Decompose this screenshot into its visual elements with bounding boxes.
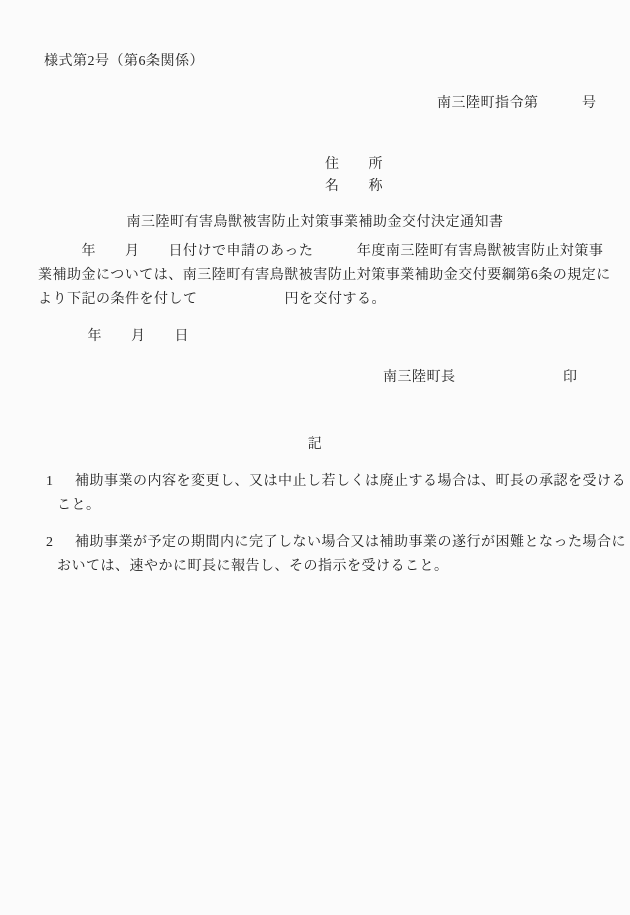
seal-placeholder: 印 — [563, 370, 578, 386]
form-number-label: 様式第2号（第6条関係） — [44, 54, 204, 70]
condition-1-text-line-2: こと。 — [46, 494, 600, 518]
condition-2-text-line-2: おいては、速やかに町長に報告し、その指示を受けること。 — [46, 555, 600, 579]
recipient-address-label: 住 所 — [325, 157, 383, 173]
condition-2-number: 2 — [46, 531, 75, 555]
document-page: 様式第2号（第6条関係） 南三陸町指令第 号 住 所 名 称 南三陸町有害鳥獣被… — [0, 0, 630, 915]
condition-2-text-line-1: 補助事業が予定の期間内に完了しない場合又は補助事業の遂行が困難となった場合に — [75, 535, 626, 550]
directive-number: 南三陸町指令第 号 — [437, 96, 597, 112]
mayor-signature-label: 南三陸町長 — [383, 370, 456, 386]
condition-1-text-line-1: 補助事業の内容を変更し、又は中止し若しくは廃止する場合は、町長の承認を受ける — [75, 474, 626, 489]
recipient-name-label: 名 称 — [325, 179, 383, 195]
body-paragraph-line-1: 年 月 日付けで申請のあった 年度南三陸町有害鳥獣被害防止対策事 — [38, 244, 603, 260]
document-title: 南三陸町有害鳥獣被害防止対策事業補助金交付決定通知書 — [0, 215, 630, 231]
condition-item-1: 1補助事業の内容を変更し、又は中止し若しくは廃止する場合は、町長の承認を受ける … — [46, 470, 600, 518]
note-heading: 記 — [0, 437, 630, 453]
issue-date-line: 年 月 日 — [44, 329, 189, 345]
condition-1-number: 1 — [46, 470, 75, 494]
condition-item-2: 2補助事業が予定の期間内に完了しない場合又は補助事業の遂行が困難となった場合に … — [46, 531, 600, 579]
body-paragraph-line-2: 業補助金については、南三陸町有害鳥獣被害防止対策事業補助金交付要綱第6条の規定に — [38, 268, 611, 284]
body-paragraph-line-3: より下記の条件を付して 円を交付する。 — [38, 292, 386, 308]
